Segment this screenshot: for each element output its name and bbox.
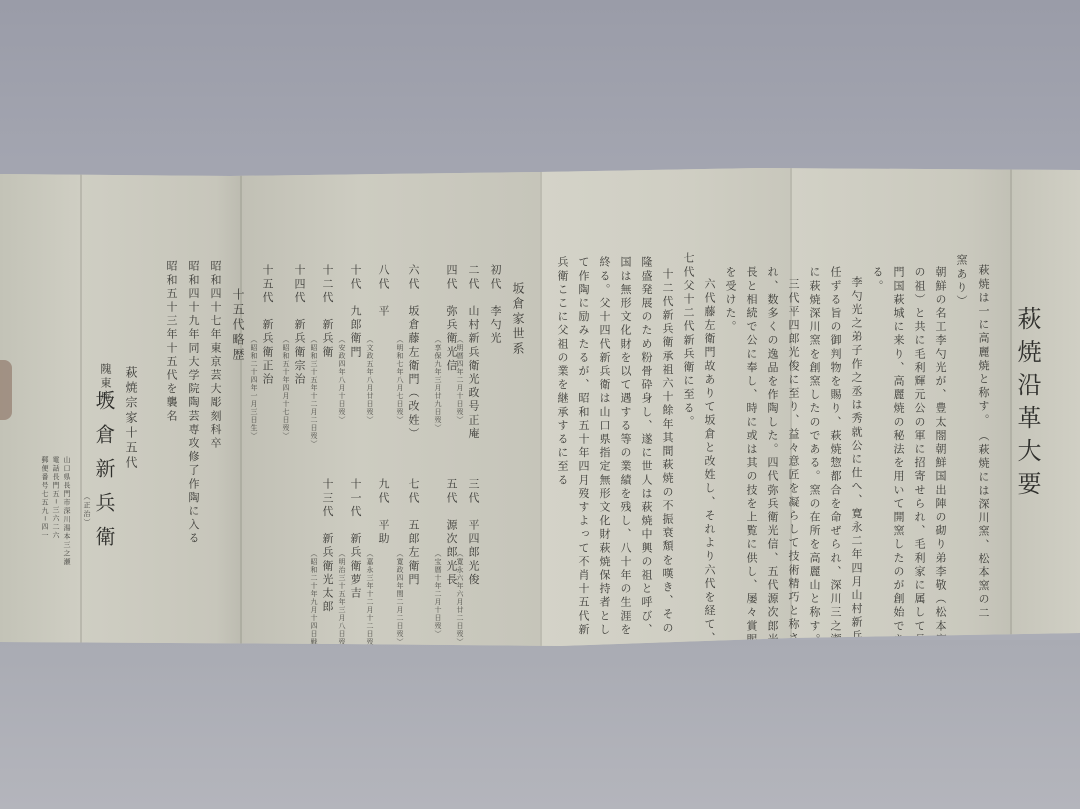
folded-document: 萩焼沿革大要 萩焼は一に高麗焼と称す。 （萩焼には深川窯、松本窯の二 窯あり） … — [0, 168, 1080, 646]
history-line: の祖）と共に毛利輝元公の軍に招寄せられ、毛利家に属して長 — [914, 266, 925, 646]
history-line: 門国萩城に来り、高麗焼の秘法を用いて開窯したのが創始であ — [893, 266, 904, 646]
art-name: （正治） — [83, 493, 90, 527]
generation-date: （寛政四年閏二月二日歿） — [396, 550, 403, 646]
history-line: 窯あり） — [956, 254, 967, 308]
address-line: 山口県長門市深川湯本三之瀬 — [63, 456, 70, 567]
fold-line — [1010, 168, 1012, 646]
history-line: 李勺光之弟子作之丞は秀就公に仕へ、寛永二年四月山村新兵衛光政に — [851, 276, 862, 646]
history-line: 十二代新兵衛承祖六十餘年其間萩焼の不振衰頽を嘆き、その — [662, 268, 673, 635]
postal-line: 郵便番号七五九−四一 — [41, 456, 48, 540]
history-line: 終る。父十四代新兵衛は山口県指定無形文化財萩焼保持者とし — [599, 256, 610, 637]
generation-label: 十五代 新兵衛正治 — [262, 264, 273, 386]
lineage-heading: 坂倉家世系 — [512, 282, 524, 357]
generation-date: （昭和二十四年一月三日生） — [250, 336, 257, 440]
history-line: 六代藤左衛門故ありて坂倉と改姓し、それより六代を経て、 — [704, 278, 715, 645]
generation-label: 十三代 新兵衛光太郎 — [322, 478, 333, 614]
generation-label: 二代 山村新兵衛光政号正庵 — [468, 264, 479, 441]
biography-item: 昭和五十三年十五代を襲名 — [166, 260, 177, 423]
fold-line — [80, 168, 82, 646]
history-line: る。 — [872, 266, 883, 293]
generation-date: （嘉永三年十二月十二日歿） — [366, 550, 373, 646]
document-title: 萩焼沿革大要 — [1015, 306, 1039, 504]
generation-label: 十四代 新兵衛宗治 — [294, 264, 305, 386]
generation-date: （昭和三十五年十二月二日歿） — [310, 336, 317, 448]
table-surface — [0, 640, 1080, 809]
history-line: に萩焼深川窯を創窯したのである。窯の在所を高麗山と称す。 — [809, 266, 820, 646]
generation-date: （昭和五十年四月十七日歿） — [282, 336, 289, 440]
history-line: 国は無形文化財を以て遇する等の業績を残し、八十年の生涯を — [620, 256, 631, 637]
thumb — [0, 360, 12, 420]
history-line: 任ずる旨の御判物を賜り、萩焼惣都合を命ぜられ、深川三之瀬 — [830, 266, 841, 646]
generation-label: 初代 李勺光 — [490, 264, 501, 346]
generation-date: （明治三十五年三月八日歿） — [338, 550, 345, 646]
history-line: 兵衛ここに父祖の業を継承するに至る — [557, 256, 568, 487]
generation-label: 五代 源次郎光長 — [446, 478, 457, 587]
generation-label: 四代 弥兵衛光信 — [446, 264, 457, 373]
generation-label: 十一代 新兵衛萝吉 — [350, 478, 361, 600]
generation-date: （明和七年八月七日歿） — [396, 336, 403, 424]
paper-panel — [0, 168, 80, 646]
phone-line: 電話長門五−三六二六 — [52, 456, 59, 540]
generation-label: 十二代 新兵衛 — [322, 264, 333, 359]
generation-date: （宝暦十年二月十日歿） — [434, 550, 441, 638]
fold-line — [240, 168, 242, 646]
history-line: て作陶に励みたるが、昭和五十年四月歿すよって不肖十五代新 — [578, 256, 589, 637]
history-line: を受けた。 — [725, 266, 736, 334]
generation-label: 十代 九郎衛門 — [350, 264, 361, 359]
generation-label: 七代 五郎左衛門 — [408, 478, 419, 587]
generation-label: 八代 平 — [378, 264, 389, 318]
fold-line — [540, 168, 542, 646]
generation-date: （文政五年八月廿日歿） — [366, 336, 373, 424]
generation-label: 九代 平助 — [378, 478, 389, 546]
lineage-label: 萩焼宗家十五代 — [125, 366, 137, 471]
history-line: れ、数多くの逸品を作陶した。四代弥兵衛光信、五代源次郎光 — [767, 266, 778, 646]
generation-date: （昭和二十年九月十四日戦歿） — [310, 550, 317, 646]
history-line: 萩焼は一に高麗焼と称す。 （萩焼には深川窯、松本窯の二 — [978, 264, 989, 620]
generation-label: 三代 平四郎光俊 — [468, 478, 479, 587]
history-line: 七代父十二代新兵衛に至る。 — [683, 252, 694, 429]
generation-date: （享保九年三月廿九日歿） — [434, 336, 441, 432]
biography-item: 昭和四十七年東京芸大彫刻科卒 — [210, 260, 221, 450]
history-line: 隆盛発展のため粉骨砕身し、遂に世人は萩焼中興の祖と呼び、 — [641, 256, 652, 637]
generation-label: 六代 坂倉藤左衛門（改姓） — [408, 264, 419, 441]
biography-heading: 十五代略歴 — [232, 288, 244, 363]
biography-item: 昭和四十九年同大学院陶芸専攻修了作陶に入る — [188, 260, 199, 546]
potter-name: 坂倉新兵衛 — [94, 390, 114, 560]
generation-date: （安政四年八月十日歿） — [338, 336, 345, 424]
history-line: 長と相続で公に奉し、時に或は其の技を上覧に供し、屡々賞賜 — [746, 266, 757, 646]
history-line: 三代平四郎光俊に至り、益々意匠を凝らして技術精巧と称さ — [788, 278, 799, 645]
history-line: 朝鮮の名工李勺光が、豊太閤朝鮮国出陣の砌り弟李敬（松本窯 — [935, 266, 946, 646]
